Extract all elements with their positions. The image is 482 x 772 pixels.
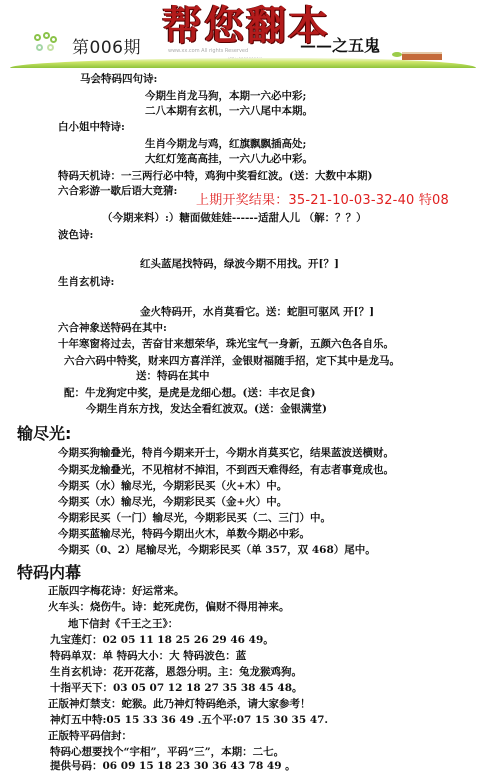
- lose-line: 今期彩民买（一门）输尽光，今期彩民买（二、三门）中。: [58, 511, 331, 525]
- shenxiang-line-4: 配：牛龙狗定中奖，是虎是龙细心想。(送：丰衣足食): [64, 386, 315, 400]
- lose-line: 今期买狗输叠光，特肖今期来开士，今期水肖莫买它，结果蓝波送横财。: [58, 446, 394, 460]
- clover-logo-icon: [34, 32, 58, 54]
- mahui-line-2: 二八本期有玄机，一六八尾中本期。: [145, 104, 313, 118]
- inside-line: 特码心想要找个“宇相”，平码“三”，本期：二七。: [50, 745, 284, 759]
- house-decoration-icon: [402, 52, 442, 60]
- shenxiang-line-1: 十年寒窗将过去，苦奋甘来想荣华，珠光宝气一身新，五颜六色各自乐。: [58, 337, 394, 351]
- shenxiang-line-2: 六合六码中特奖，财来四方喜洋洋，金银财福随手招，定下其中是龙马。: [64, 354, 400, 368]
- inside-line: 十指平天下：03 05 07 12 18 27 35 38 45 48。: [50, 681, 303, 695]
- lose-line: 今期买蓝输尽光，特码今期出火木，单数今期必中彩。: [58, 527, 310, 541]
- xiehouyu-label: 六合彩游一歇后语大竞猜:: [58, 184, 177, 198]
- mahui-label: 马会特码四句诗:: [80, 72, 157, 86]
- header-banner: 第006期 帮您翻本 ——之五鬼 www.xx.com All rights R…: [0, 0, 482, 68]
- lose-section-heading: 输尽光:: [17, 421, 71, 444]
- inside-line: 火车头：烧伤牛。诗：蛇死虎伤，偏财不得用神来。: [48, 600, 290, 614]
- shengxiao-label: 生肖玄机诗:: [58, 275, 114, 289]
- bai-label: 白小姐中特诗:: [58, 120, 125, 134]
- bai-line-1: 生肖今期龙与鸡，红旗飘飘插高处;: [145, 137, 306, 151]
- inside-line: 生肖玄机诗：花开花落，恩怨分明。主：兔龙猴鸡狗。: [50, 665, 302, 679]
- bose-line: 红头蓝尾找特码，绿波今期不用找。开[？]: [140, 257, 339, 271]
- lose-line: 今期买（水）输尽光，今期彩民买（金+火）中。: [58, 495, 287, 509]
- lose-line: 今期买（水）输尽光，今期彩民买（火+木）中。: [58, 479, 287, 493]
- tianji-line: 特码天机诗：一三两行必中特，鸡狗中奖看红波。(送：大数中本期): [58, 169, 372, 183]
- grass-divider: [10, 58, 476, 68]
- issue-number: 第006期: [72, 33, 141, 58]
- xiehouyu-line: （今期来料）:）糖面做娃娃------适甜人儿 （解：？？）: [102, 211, 367, 225]
- lose-line: 今期买龙输叠光，不见棺材不掉泪，不到西天难得经，有志者事竟成也。: [58, 463, 394, 477]
- page-subtitle: ——之五鬼: [300, 33, 380, 56]
- inside-line: 正版神灯禁支：蛇猴。此乃神灯特码绝杀，请大家参考！: [48, 697, 311, 711]
- last-draw-result: 上期开奖结果：35-21-10-03-32-40 特08: [196, 189, 449, 208]
- mahui-line-1: 今期生肖龙马狗，本期一六必中彩;: [145, 89, 306, 103]
- inside-section-heading: 特码内幕: [17, 560, 81, 583]
- lose-line: 今期买（0、2）尾输尽光，今期彩民买（单 357，双 468）尾中。: [58, 543, 376, 557]
- inside-line: 神灯五中特:05 15 33 36 49 .五个平:07 15 30 35 47…: [50, 713, 328, 727]
- inside-line: 九宝莲灯：02 05 11 18 25 26 29 46 49。: [50, 633, 274, 647]
- shenxiang-line-5: 今期生肖东方找，发达全看红波双。(送：金银满堂): [86, 402, 327, 416]
- bose-label: 波色诗:: [58, 228, 93, 242]
- shenxiang-label: 六合神象送特码在其中:: [58, 321, 167, 335]
- inside-line: 地下信封《千王之王》：: [68, 617, 178, 631]
- inside-line: 正版特平码信封：: [48, 729, 132, 743]
- bai-line-2: 大红灯笼高高挂，一六八九必中彩。: [145, 152, 313, 166]
- inside-line: 正版四字梅花诗：好运常来。: [48, 584, 185, 598]
- watermark-copyright: www.xx.com All rights Reserved: [168, 48, 248, 54]
- tree-decoration-icon: [392, 52, 402, 57]
- shengxiao-line: 金火特码开，水肖莫看它。送：蛇胆可驱风 开[？]: [140, 305, 374, 319]
- shenxiang-line-3: 送：特码在其中: [136, 369, 210, 383]
- inside-line: 提供号码：06 09 15 18 23 30 36 43 78 49 。: [50, 759, 296, 772]
- inside-line: 特码单双：单 特码大小：大 特码波色：蓝: [50, 649, 246, 663]
